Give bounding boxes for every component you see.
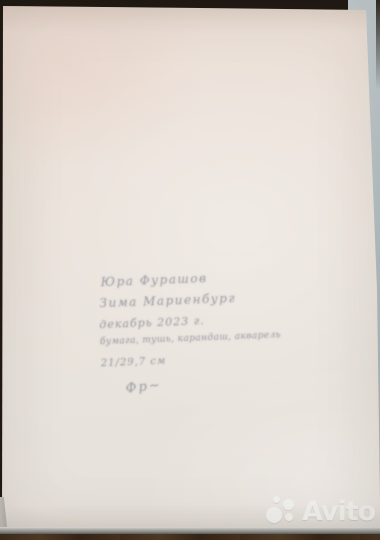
inscription-materials: бумага, тушь, карандаш, акварель: [100, 330, 281, 347]
handwritten-inscription: Юра Фурашов Зима Мариенбург декабрь 2023…: [97, 267, 272, 413]
inscription-dimensions: 21/29,7 см: [101, 356, 167, 370]
inscription-title: Зима Мариенбург: [99, 291, 236, 310]
avito-logo-icon: [266, 496, 298, 525]
avito-watermark: Avito: [266, 496, 375, 525]
signature-flourish: Фр~: [125, 378, 162, 397]
inscription-artist-name: Юра Фурашов: [100, 271, 207, 289]
wood-surface: [0, 534, 380, 540]
paper-top-shading: [3, 6, 366, 32]
inscription-date: декабрь 2023 г.: [99, 314, 205, 331]
avito-wordmark: Avito: [302, 498, 375, 525]
shelf-rail: [0, 527, 380, 534]
background-shadow-edge: [376, 0, 380, 90]
photo-of-artwork-back: Юра Фурашов Зима Мариенбург декабрь 2023…: [0, 0, 380, 540]
